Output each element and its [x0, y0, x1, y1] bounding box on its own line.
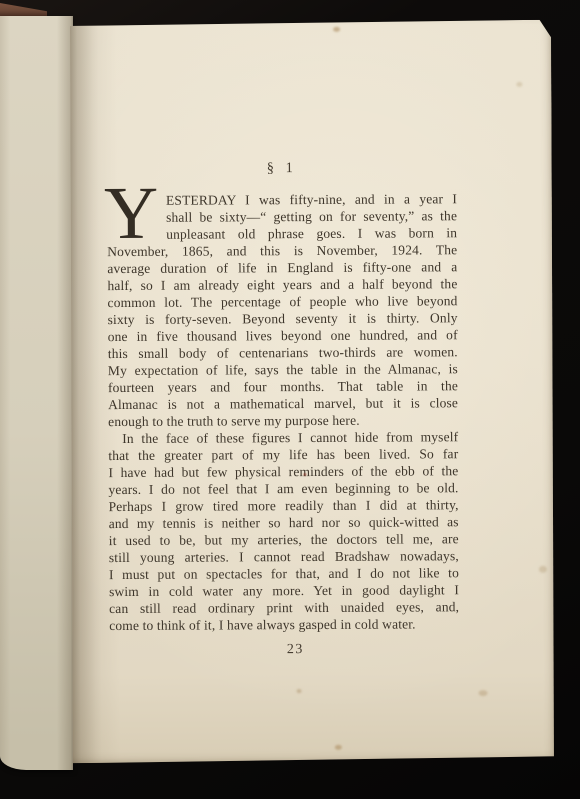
- text-line: Perhaps I grow tired more readily than I…: [109, 496, 459, 515]
- text-line: this small body of centenarians two-thir…: [108, 343, 458, 362]
- text-line: Almanac is not a mathematical marvel, bu…: [108, 394, 458, 413]
- foxing-spot: [539, 566, 547, 573]
- section-heading: § 1: [107, 159, 457, 178]
- text-line: swim in cold water any more. Yet in good…: [109, 581, 459, 600]
- text-line: half, so I am already eight years and a …: [107, 275, 457, 294]
- foxing-spot: [297, 689, 302, 693]
- text-line: fourteen years and four months. That tab…: [108, 377, 458, 396]
- text-line: it used to be, but my arteries, the doct…: [109, 530, 459, 549]
- text-line: unpleasant old phrase goes. I was born i…: [166, 224, 457, 243]
- text-line: one in five thousand lives beyond one hu…: [108, 326, 458, 345]
- text-line: come to think of it, I have always gaspe…: [109, 615, 459, 634]
- facing-page-edge: [0, 16, 73, 770]
- text-line: In the face of these figures I cannot hi…: [108, 428, 458, 447]
- book-photo: § 1 Y ESTERDAY I was fifty-nine, and in …: [0, 0, 580, 799]
- text-line: shall be sixty—“ getting on for seventy,…: [166, 207, 457, 226]
- book-page: § 1 Y ESTERDAY I was fifty-nine, and in …: [68, 20, 555, 764]
- text-line: November, 1865, and this is November, 19…: [107, 241, 457, 260]
- text-line: still young arteries. I cannot read Brad…: [109, 547, 459, 566]
- foxing-spot: [479, 690, 488, 696]
- text-line: and my tennis is neither so hard nor so …: [109, 513, 459, 532]
- page-number: 23: [120, 640, 470, 659]
- text-line: My expectation of life, says the table i…: [108, 360, 458, 379]
- gutter-shadow: [68, 22, 102, 763]
- foxing-spot: [516, 82, 522, 87]
- text-line: enough to the truth to serve my purpose …: [108, 411, 458, 430]
- text-line: common lot. The percentage of people who…: [107, 292, 457, 311]
- text-line: I have had but few physical reminders of…: [108, 462, 458, 481]
- foxing-spot: [335, 745, 342, 750]
- text-line: can still read ordinary print with unaid…: [109, 598, 459, 617]
- text-line: ESTERDAY I was fifty-nine, and in a year…: [166, 190, 457, 209]
- text-block: Y ESTERDAY I was fifty-nine, and in a ye…: [107, 190, 459, 634]
- text-line: sixty is forty-seven. Beyond seventy it …: [108, 309, 458, 328]
- drop-cap: Y: [104, 176, 159, 251]
- text-line: that the greater part of my life has bee…: [108, 445, 458, 464]
- text-line: I must put on spectacles for that, and I…: [109, 564, 459, 583]
- text-line: years. I do not feel that I am even begi…: [108, 479, 458, 498]
- foxing-spot: [333, 27, 340, 32]
- text-line: average duration of life in England is f…: [107, 258, 457, 277]
